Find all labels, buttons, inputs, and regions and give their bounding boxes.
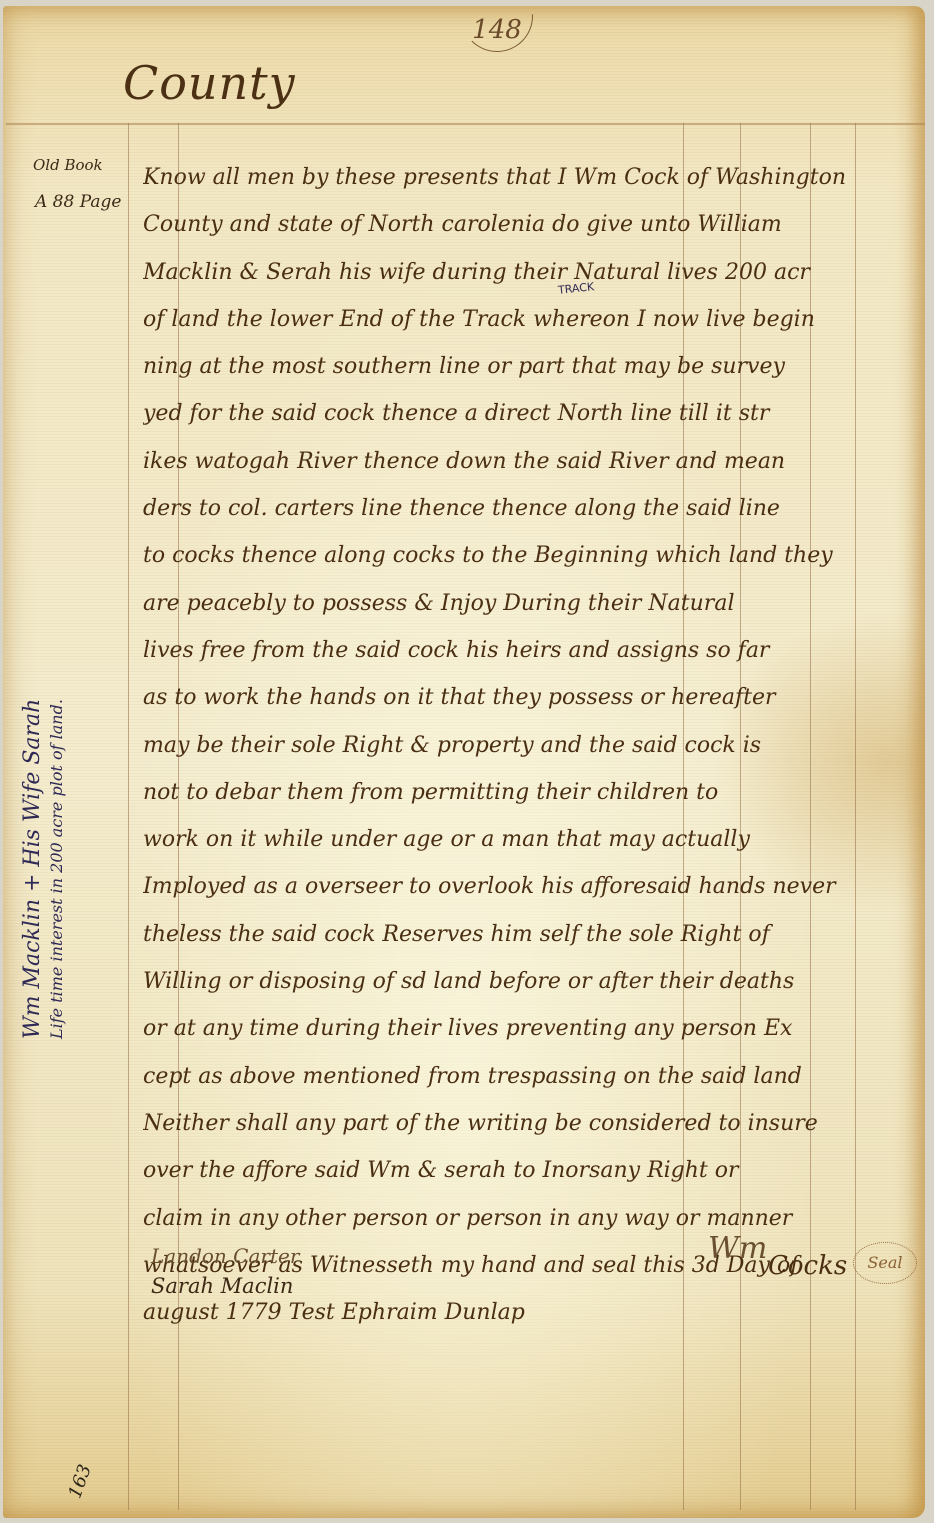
text-line: over the affore said Wm & serah to Inors…: [143, 1147, 923, 1194]
text-line: Know all men by these presents that I Wm…: [143, 154, 923, 201]
folio-number: 163: [64, 1462, 95, 1501]
margin-annotation-line-1: Wm Macklin + His Wife Sarah: [20, 499, 45, 1039]
text-line: ikes watogah River thence down the said …: [143, 438, 923, 485]
text-line: Willing or disposing of sd land before o…: [143, 958, 923, 1005]
text-line: Macklin & Serah his wife during their Na…: [143, 249, 923, 296]
signature-surname: Cocks: [768, 1251, 847, 1281]
text-line: Neither shall any part of the writing be…: [143, 1100, 923, 1147]
text-line: to cocks thence along cocks to the Begin…: [143, 532, 923, 579]
text-line: cept as above mentioned from trespassing…: [143, 1053, 923, 1100]
text-line: work on it while under age or a man that…: [143, 816, 923, 863]
text-line: not to debar them from permitting their …: [143, 769, 923, 816]
text-line: theless the said cock Reserves him self …: [143, 911, 923, 958]
margin-reference-page: A 88 Page: [35, 192, 121, 212]
text-line: are peacebly to possess & Injoy During t…: [143, 580, 923, 627]
text-line: as to work the hands on it that they pos…: [143, 674, 923, 721]
text-line: may be their sole Right & property and t…: [143, 722, 923, 769]
text-line: ning at the most southern line or part t…: [143, 343, 923, 390]
ledger-page: 148 County Old Book A 88 Page Wm Macklin…: [3, 6, 925, 1518]
deed-text: Know all men by these presents that I Wm…: [143, 154, 923, 1336]
text-line: ders to col. carters line thence thence …: [143, 485, 923, 532]
witness-2: Sarah Maclin: [151, 1274, 293, 1298]
page-heading: County: [123, 56, 296, 110]
margin-annotation-line-2: Life time interest in 200 acre plot of l…: [47, 499, 66, 1039]
page-number: 148: [461, 14, 533, 52]
text-line: yed for the said cock thence a direct No…: [143, 390, 923, 437]
witness-1: Landon Carter: [151, 1244, 299, 1268]
margin-reference-book: Old Book: [33, 156, 103, 174]
text-line: claim in any other person or person in a…: [143, 1195, 923, 1242]
margin-annotation: Wm Macklin + His Wife Sarah Life time in…: [20, 499, 66, 1039]
text-line: lives free from the said cock his heirs …: [143, 627, 923, 674]
text-line: County and state of North carolenia do g…: [143, 201, 923, 248]
text-line: of land the lower End of the Track where…: [143, 296, 923, 343]
header-rule: [6, 123, 925, 125]
text-line: Imployed as a overseer to overlook his a…: [143, 863, 923, 910]
text-line: or at any time during their lives preven…: [143, 1005, 923, 1052]
margin-rule-left: [128, 123, 129, 1510]
signature-first-name: Wm: [708, 1231, 767, 1266]
seal-mark: Seal: [853, 1242, 917, 1284]
